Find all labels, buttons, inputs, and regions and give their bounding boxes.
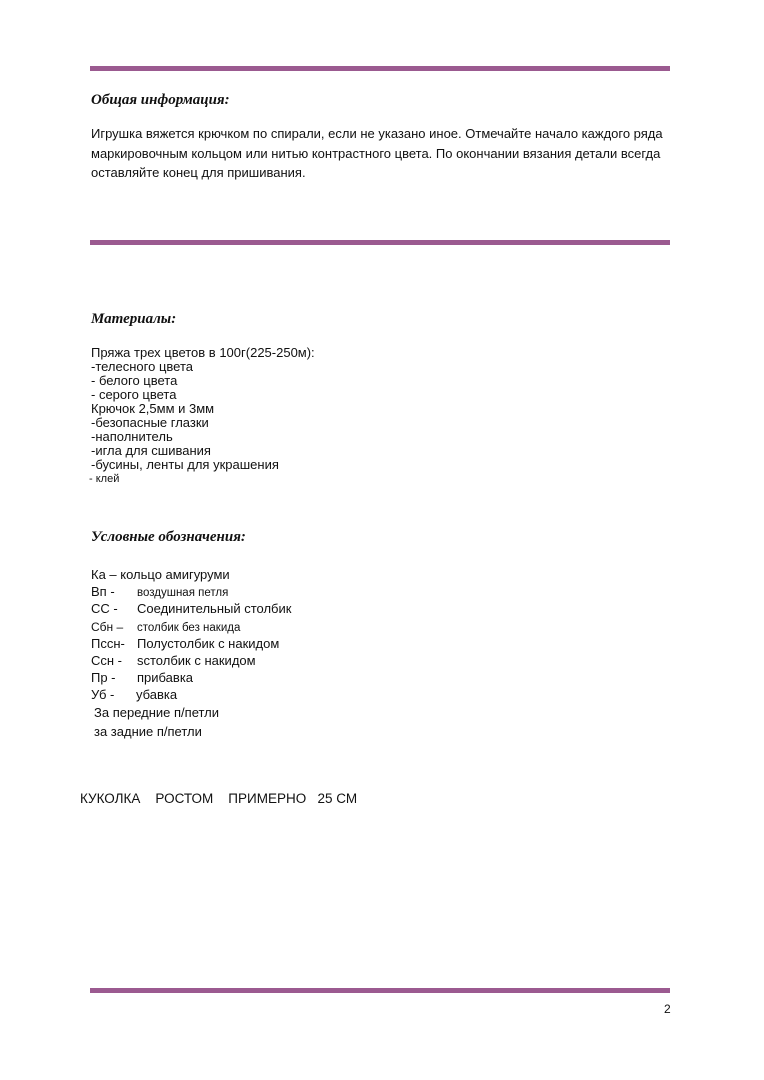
doll-height-note: КУКОЛКА РОСТОМ ПРИМЕРНО 25 СМ: [80, 791, 357, 806]
materials-item: -игла для сшивания: [91, 444, 315, 458]
materials-item: - клей: [89, 472, 315, 486]
legend-item: Пссн-Полустолбик с накидом: [91, 635, 291, 652]
legend-item-front-loops: За передние п/петли: [91, 704, 291, 721]
general-info-text: Игрушка вяжется крючком по спирали, если…: [91, 124, 681, 183]
materials-item: - серого цвета: [91, 388, 315, 402]
bottom-divider: [90, 988, 670, 993]
page-number: 2: [664, 1002, 671, 1016]
legend-item: Сбн –столбик без накида: [91, 618, 291, 635]
legend-item: Вп -воздушная петля: [91, 583, 291, 600]
general-info-heading: Общая информация:: [91, 92, 230, 109]
legend-item-back-loops: за задние п/петли: [91, 723, 291, 740]
materials-item: -бусины, ленты для украшения: [91, 458, 315, 472]
materials-heading: Материалы:: [91, 311, 176, 328]
legend-item-ka: Ка – кольцо амигуруми: [91, 566, 291, 583]
legend-item: Ссн -sстолбик с накидом: [91, 652, 291, 669]
materials-item: Пряжа трех цветов в 100г(225-250м):: [91, 346, 315, 360]
materials-item: - белого цвета: [91, 374, 315, 388]
materials-item: Крючок 2,5мм и 3мм: [91, 402, 315, 416]
section-divider: [90, 240, 670, 245]
materials-item: -телесного цвета: [91, 360, 315, 374]
materials-list: Пряжа трех цветов в 100г(225-250м): -тел…: [91, 346, 315, 486]
legend-item: СС -Соединительный столбик: [91, 600, 291, 617]
legend-list: Ка – кольцо амигуруми Вп -воздушная петл…: [91, 566, 291, 740]
top-divider: [90, 66, 670, 71]
materials-item: -безопасные глазки: [91, 416, 315, 430]
legend-item: Уб -убавка: [91, 686, 291, 703]
legend-item: Пр -прибавка: [91, 669, 291, 686]
legend-heading: Условные обозначения:: [91, 529, 246, 546]
materials-item: -наполнитель: [91, 430, 315, 444]
